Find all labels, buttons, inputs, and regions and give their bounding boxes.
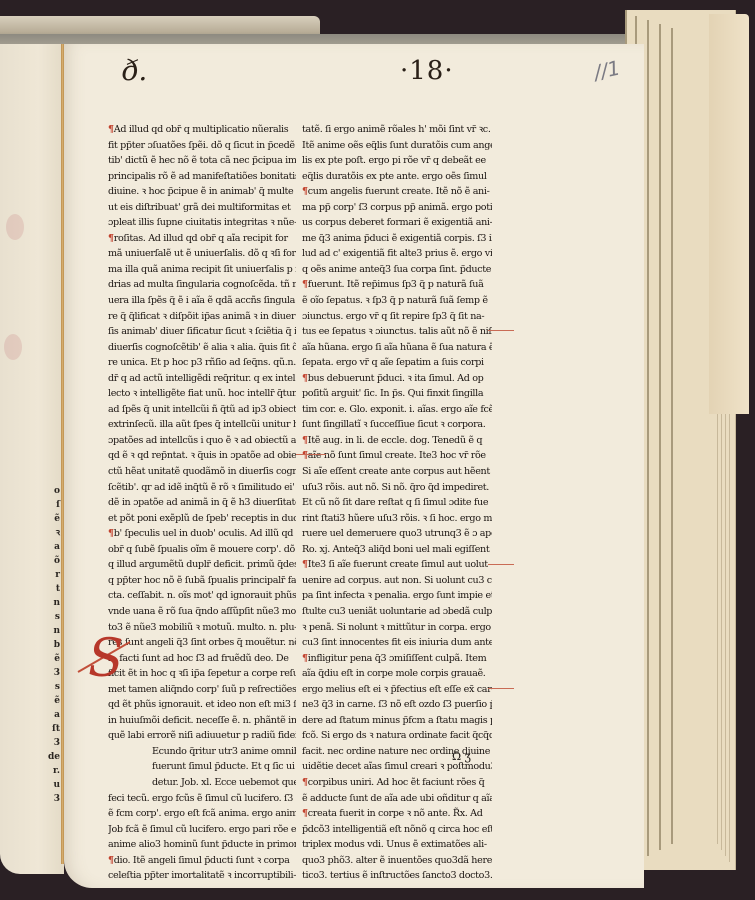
- cover-edge: [709, 14, 749, 414]
- left-page-fragment: o: [40, 484, 60, 498]
- text-line: re q̃ q̃lificat ꝛ diſpõit ip̃as animã ꝛ …: [108, 309, 296, 325]
- left-page-fragment: b: [40, 638, 60, 652]
- text-line: drias ad multa ſingularia cognoſcẽda. tñ…: [108, 277, 296, 293]
- text-line: ꝛ penã. Si nolunt ꝛ mittũtur in corpa. e…: [302, 620, 492, 636]
- text-line: dr̃ q ad actũ intelligẽdi req̃ritur. q e…: [108, 371, 296, 387]
- text-line: ¶Ite3 ſi aĩe fuerunt create ſimul aut uo…: [302, 557, 492, 573]
- text-line: Ecundo q̃ritur utr3 anime omnibus: [108, 744, 296, 760]
- text-line: uſu3 rõis. aut nõ. Si nõ. q̃ro q̃d imped…: [302, 480, 492, 496]
- text-line: et põt poni exẽplũ de ſpeb' receptis in …: [108, 511, 296, 527]
- text-line: diuine. ꝛ hoc p̃cipue ẽ in animab' q̃ mu…: [108, 184, 296, 200]
- text-line: ¶bus debuerunt p̃duci. ꝛ ita ſimul. Ad o…: [302, 371, 492, 387]
- text-line: cu3 ſint innocentes fit eis iniuria dum …: [302, 635, 492, 651]
- left-page-fragment: õ: [40, 554, 60, 568]
- text-line: ſtulte cu3 ueniãt uoluntarie ad ɔbedã cu…: [302, 604, 492, 620]
- text-line: triplex modus vdi. Unus ẽ extimatões ali…: [302, 837, 492, 853]
- text-line: us corpus deberet formari ẽ exigentiã an…: [302, 215, 492, 231]
- text-line: ¶b' ſpeculis uel in duob' oculis. Ad ill…: [108, 526, 296, 542]
- rubric-line: [296, 454, 326, 455]
- left-page-fragment: u: [40, 778, 60, 792]
- text-line: ſepata. ergo vr̃ q aĩe ſepatim a ſuis co…: [302, 355, 492, 371]
- text-line: qd ẽt phũs ignorauit. et ideo non eſt mi…: [108, 697, 296, 713]
- left-page-fragment: t: [40, 582, 60, 596]
- left-page-fragment: s: [40, 680, 60, 694]
- text-line: ¶Itẽ aug. in li. de eccle. dog. Tenedũ ẽ…: [302, 433, 492, 449]
- left-page-fragment: de: [40, 750, 60, 764]
- text-line: lud ad c' exigentiã fit alte3 prius ẽ. e…: [302, 246, 492, 262]
- text-line: Et cũ nõ ſit dare reſtat q ſi ſimul ɔdit…: [302, 495, 492, 511]
- text-line: dẽ in ɔpatõe ad animã in q̃ ẽ h3 diuerſi…: [108, 495, 296, 511]
- text-line: Si aĩe eſſent create ante corpus aut hẽe…: [302, 464, 492, 480]
- text-line: cta. ceſſabit. n. oĩs mot' qd ignorauit …: [108, 588, 296, 604]
- text-line: ut eis diſtribuat' grã dei multiformitas…: [108, 200, 296, 216]
- text-line: fuerunt ſimul p̃ducte. Et q ſic ui: [108, 759, 296, 775]
- text-line: re unica. Et p hoc p3 rñſio ad ſeq̃ns. q…: [108, 355, 296, 371]
- book-scan: oſẽꝛaõrtnsnbẽ3sẽaſt3der.u3 ð. ·18· //1 ¶…: [0, 0, 755, 900]
- text-line: ¶cum angelis fuerunt create. Itẽ nõ ẽ an…: [302, 184, 492, 200]
- second-question-block: Ecundo q̃ritur utr3 anime omnibusfuerunt…: [108, 744, 296, 884]
- text-line: pa ſint infecta ꝛ penalia. ergo ſunt imp…: [302, 588, 492, 604]
- text-line: Ro. xj. Anteq̃3 aliq̃d boni uel mali egi…: [302, 542, 492, 558]
- text-line: tico3. tertius ẽ inſtructões ſancto3 doc…: [302, 868, 492, 884]
- text-column-left: ¶Ad illud qd obr̃ q multiplicatio nũeral…: [108, 122, 296, 884]
- text-line: aĩa hũana. ergo ſi aĩa hũana ẽ ſua natur…: [302, 340, 492, 356]
- text-line: ¶Ad illud qd obr̃ q multiplicatio nũeral…: [108, 122, 296, 138]
- text-line: ¶corpibus uniri. Ad hoc ẽt faciunt rões …: [302, 775, 492, 791]
- left-page-fragment: n: [40, 624, 60, 638]
- text-line: Job fcã ẽ ſimul cũ lucifero. ergo pari r…: [108, 822, 296, 838]
- text-line: feci tecũ. ergo fcũs ẽ ſimul cũ lucifero…: [108, 791, 296, 807]
- text-line: ¶roſitas. Ad illud qd obr̃ q aĩa recipit…: [108, 231, 296, 247]
- left-page-fragment: ſ: [40, 498, 60, 512]
- text-line: met tamen aliq̃ndo corp' ſuũ p reſrectiõ…: [108, 682, 296, 698]
- left-page-fragment: ẽ: [40, 512, 60, 526]
- text-line: to3 ẽ nũe3 mobiliũ ꝛ motuũ. multo. n. pl…: [108, 620, 296, 636]
- text-line: uera illa ſpẽs q̃ ẽ i aĩa ẽ qdã accñs ſi…: [108, 293, 296, 309]
- text-line: mã uniuerſalẽ ut ẽ uniuerſalis. dõ q ꝛſi…: [108, 246, 296, 262]
- main-page: ð. ·18· //1 ¶Ad illud qd obr̃ q multipli…: [64, 44, 644, 888]
- text-line: fit pp̃ter ɔſuatões ſpẽi. dõ q ſicut in …: [108, 138, 296, 154]
- text-line: vnde uana ẽ rõ ſua q̃ndo aſſũpſit nũe3 m…: [108, 604, 296, 620]
- text-line: obr̃ q ſubẽ ſpualis oĩm ẽ mouere corp'. …: [108, 542, 296, 558]
- text-line: ad ſpẽs q̃ unit intellcũi ñ q̃tũ ad ip3 …: [108, 402, 296, 418]
- text-line: ɔpatões ad intellcũs i quo ẽ ꝛ ad obiect…: [108, 433, 296, 449]
- text-line: ¶creata fuerit in corpe ꝛ nõ ante. R̃x. …: [302, 806, 492, 822]
- text-line: ¶infligitur pena q̃3 ɔmiſiſſent culpã. I…: [302, 651, 492, 667]
- folio-mark: ð.: [122, 54, 147, 87]
- rubric-line: [488, 688, 514, 689]
- text-line: detur. Job. xl. Ecce uebemot que3: [108, 775, 296, 791]
- text-line: p̃dcõ3 intelligentiã eſt nõnõ q circa ho…: [302, 822, 492, 838]
- left-page-fragment: 3: [40, 736, 60, 750]
- text-line: ſis animab' diuer ſificatur ſicut ꝛ ſciẽ…: [108, 324, 296, 340]
- rubric-line: [488, 330, 514, 331]
- text-line: diuerſis cognoſcẽtib' ẽ alia ꝛ alia. q̃u…: [108, 340, 296, 356]
- left-page-fragment: ẽ: [40, 652, 60, 666]
- left-page-fragment: ẽ: [40, 694, 60, 708]
- rubric-line: [488, 564, 514, 565]
- text-line: poſitũ arguit' ſic. In p̃s. Qui finxit ſ…: [302, 386, 492, 402]
- left-page-fragment: ſt: [40, 722, 60, 736]
- text-line: ma pp̃ corp' ſ3 corpus pp̃ animã. ergo p…: [302, 200, 492, 216]
- text-line: q pp̃ter hoc nõ ẽ ſubã ſpualis principal…: [108, 573, 296, 589]
- text-line: ɔiunctus. ergo vr̃ q ſit repire ſp3 q̃ ſ…: [302, 309, 492, 325]
- left-page-fragment: s: [40, 610, 60, 624]
- left-page-fragment: n: [40, 596, 60, 610]
- text-line: ¶aĩe nõ ſunt ſimul create. Ite3 hoc vr̃ …: [302, 448, 492, 464]
- text-line: lis ex pte poſt. ergo pi rõe vr̃ q debeã…: [302, 153, 492, 169]
- left-page-fragment: ꝛ: [40, 526, 60, 540]
- text-line: ẽ fcm corp'. ergo eſt fcã anima. ergo an…: [108, 806, 296, 822]
- pencil-annotation: //1: [592, 56, 623, 85]
- text-line: rint ſtati3 hũere uſu3 rõis. ꝛ ſi hoc. e…: [302, 511, 492, 527]
- text-line: ¶dio. Itẽ angeli ſimul p̃ducti ſunt ꝛ co…: [108, 853, 296, 869]
- left-page-fragment: 3: [40, 792, 60, 806]
- text-line: ergo melius eſt ei ꝛ p̃fectius eſt eſſe …: [302, 682, 492, 698]
- text-line: tus ee ſepatus ꝛ ɔiunctus. talis aũt nõ …: [302, 324, 492, 340]
- text-line: ma illa quã anima recipit ſit uniuerſali…: [108, 262, 296, 278]
- text-line: lecto ꝛ intelligẽte fiat unũ. hoc intell…: [108, 386, 296, 402]
- text-line: ¶fuerunt. Itẽ rep̃imus ſp3 q̃ p naturã ſ…: [302, 277, 492, 293]
- text-line: principalis rõ ẽ ad manifeſtatiões bonit…: [108, 169, 296, 185]
- text-line: ſunt ſingillatĩ ꝛ ſucceſſiue ſicut ꝛ cor…: [302, 417, 492, 433]
- left-page: oſẽꝛaõrtnsnbẽ3sẽaſt3der.u3: [0, 44, 64, 874]
- text-line: tib' dictũ ẽ hec nõ ẽ tota cã nec p̃cipu…: [108, 153, 296, 169]
- text-line: aĩa q̃diu eſt in corpe mole corpis graua…: [302, 666, 492, 682]
- text-line: quo3 phõ3. alter ẽ inuentões quo3dã here: [302, 853, 492, 869]
- rubricated-initial: S: [88, 634, 124, 684]
- left-page-fragment: a: [40, 540, 60, 554]
- left-page-text-fragments: oſẽꝛaõrtnsnbẽ3sẽaſt3der.u3: [40, 484, 60, 806]
- text-line: ruere uel demeruere quo3 utrunq3 ẽ ɔ apo…: [302, 526, 492, 542]
- text-line: ficit ẽt in hoc q ꝛſi ip̃a ſepetur a cor…: [108, 666, 296, 682]
- text-line: in huiuſmõi deficit. neceſſe ẽ. n. phãnt…: [108, 713, 296, 729]
- text-line: extrinſecũ. illa aũt ſpes q̃ intellcũi u…: [108, 417, 296, 433]
- text-line: q oẽs anime anteq̃3 ſua corpa ſint. p̃du…: [302, 262, 492, 278]
- text-line: tim cor. e. Glo. exponit. i. aĩas. ergo …: [302, 402, 492, 418]
- text-column-right: tatẽ. ſi ergo animẽ rõales h' mõi ſint v…: [302, 122, 492, 884]
- text-line: q illud argumẽtũ duplr̃ deficit. primũ q…: [108, 557, 296, 573]
- text-line: tatẽ. ſi ergo animẽ rõales h' mõi ſint v…: [302, 122, 492, 138]
- text-line: uenire ad corpus. aut non. Si uolunt cu3…: [302, 573, 492, 589]
- text-line: ne3 q̃3 in carne. ſ3 nõ eſt ozdo ſ3 puer…: [302, 697, 492, 713]
- text-line: fcõ. Si ergo ds ꝛ natura ordinate facit …: [302, 728, 492, 744]
- left-page-fragment: r.: [40, 764, 60, 778]
- text-line: eq̃lis duratõis ex pte ante. ergo oẽs ſi…: [302, 169, 492, 185]
- text-line: Itẽ anime oẽs eq̃lis ſunt duratõis cum a…: [302, 138, 492, 154]
- folio-number: ·18·: [400, 56, 454, 86]
- text-line: qd ẽ ꝛ qd rep̃ntat. ꝛ q̃uis in ɔpatõe ad…: [108, 448, 296, 464]
- text-line: me q̃3 anima p̃duci ẽ exigentiã corpis. …: [302, 231, 492, 247]
- text-line: ẽ adducte ſunt de aĩa ade ubi oñditur q …: [302, 791, 492, 807]
- stain: [4, 334, 22, 360]
- text-line: n. facti ſunt ad hoc ſ3 ad fruẽdũ deo. D…: [108, 651, 296, 667]
- text-line: res ſunt angeli q̃3 ſint orbes q̃ mouẽtu…: [108, 635, 296, 651]
- text-line: ctũ hẽat unitatẽ quodãmõ in diuerſis cog…: [108, 464, 296, 480]
- text-line: celeſtia pp̃ter imortalitatẽ ꝛ incorrupt…: [108, 868, 296, 884]
- signature-mark: Ω ʒ: [452, 750, 471, 763]
- left-page-fragment: a: [40, 708, 60, 722]
- text-line: ſcẽtib'. qr ad idẽ inq̃tũ ẽ rõ ꝛ ſimilit…: [108, 480, 296, 496]
- stain: [6, 214, 24, 240]
- left-page-fragment: 3: [40, 666, 60, 680]
- text-line: quẽ labi errorẽ niſi adiuuetur p radiũ f…: [108, 728, 296, 744]
- text-line: ɔpleat illis ſupne ciuitatis integritas …: [108, 215, 296, 231]
- text-line: anime alio3 hominũ ſunt p̃ducte in primo…: [108, 837, 296, 853]
- left-page-fragment: r: [40, 568, 60, 582]
- text-line: ẽ oĩo ſepatus. ꝛ ſp3 q̃ p naturã ſuã ſem…: [302, 293, 492, 309]
- text-line: dere ad ſtatum minus p̃fcm a ſtatu magis…: [302, 713, 492, 729]
